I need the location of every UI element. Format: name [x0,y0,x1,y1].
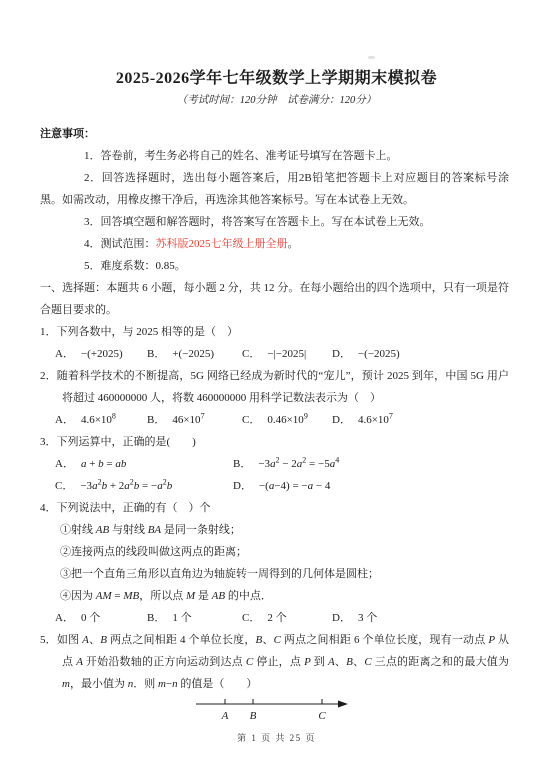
question-4-statement-1: ①射线 AB 与射线 BA 是同一条射线； [60,519,509,541]
axis-arrowhead-icon [338,701,348,708]
question-4-options: A．0 个B．1 个C．2 个D．3 个 [55,607,509,629]
option-a-value: a + b = ab [81,458,126,470]
option-b-label: B． [233,458,251,470]
option-c: C．−|−2025| [242,343,332,365]
option-b-value: −3a2 − 2a2 = −5a4 [258,458,339,470]
notice-item-4-suffix: 。 [288,238,299,250]
test-scope-highlight: 苏科版2025七年级上册全册 [156,238,288,250]
option-a-value: 0 个 [81,612,100,624]
option-a: A．0 个 [55,607,147,629]
question-3-stem: 3．下列运算中，正确的是( ) [40,431,509,453]
number-line-svg: A B C [192,695,357,723]
option-b: B．46×107 [147,409,242,431]
page-footer: 第 1 页 共 25 页 [0,731,553,744]
notice-item-4-prefix: 4．测试范围： [84,238,156,250]
option-b-label: B． [147,414,165,426]
option-c-value: 0.46×109 [267,414,307,426]
question-2-options: A．4.6×108B．46×107C．0.46×109D．4.6×107 [55,409,509,431]
notice-item-5: 5．难度系数：0.85。 [40,255,509,277]
question-3-options-row-1: A．a + b = abB．−3a2 − 2a2 = −5a4 [55,453,509,475]
option-b-label: B． [147,348,165,360]
point-label-b: B [250,710,257,722]
question-1-stem: 1．下列各数中，与 2025 相等的是（ ） [40,321,509,343]
option-d: D．4.6×107 [332,409,393,431]
option-c-label: C． [55,480,73,492]
exam-title: 2025-2026学年七年级数学上学期期末模拟卷 [0,0,553,91]
exam-body: 注意事项： 1．答卷前，考生务必将自己的姓名、准考证号填写在答题卡上。 2．回答… [0,123,553,723]
option-a: A．4.6×108 [55,409,147,431]
scan-smudge-artifact [368,56,375,59]
option-c: C．2 个 [242,607,332,629]
option-d: D．−(a−4) = −a − 4 [233,475,330,497]
section-1-heading: 一、选择题：本题共 6 小题，每小题 2 分，共 12 分。在每小题给出的四个选… [40,277,509,321]
option-a-label: A． [55,458,74,470]
option-c-value: −|−2025| [267,348,306,360]
option-c: C．−3a2b + 2a2b = −a2b [55,475,233,497]
question-2-stem: 2．随着科学技术的不断提高，5G 网络已经成为新时代的“宠儿”，预计 2025 … [40,365,509,409]
notice-item-1: 1．答卷前，考生务必将自己的姓名、准考证号填写在答题卡上。 [40,145,509,167]
question-3-options-row-2: C．−3a2b + 2a2b = −a2bD．−(a−4) = −a − 4 [55,475,509,497]
option-b-value: 46×107 [172,414,204,426]
question-4-stem: 4．下列说法中，正确的有（ ）个 [40,497,509,519]
option-d-value: 3 个 [358,612,377,624]
option-a-value: −(+2025) [81,348,123,360]
option-c-value: 2 个 [267,612,286,624]
exam-subtitle: （考试时间：120分钟 试卷满分：120分） [0,91,553,111]
option-b-value: +(−2025) [172,348,214,360]
option-b: B．+(−2025) [147,343,242,365]
question-5-stem: 5．如图 A、B 两点之间相距 4 个单位长度，B、C 两点之间相距 6 个单位… [40,629,509,695]
option-d-label: D． [332,348,351,360]
option-a-label: A． [55,414,74,426]
notice-item-3: 3．回答填空题和解答题时，将答案写在答题卡上。写在本试卷上无效。 [40,211,509,233]
option-d: D．3 个 [332,607,377,629]
option-b: B．1 个 [147,607,242,629]
option-c-label: C． [242,612,260,624]
option-d-value: −(−2025) [358,348,400,360]
notice-heading: 注意事项： [40,123,509,145]
option-b: B．−3a2 − 2a2 = −5a4 [233,453,339,475]
number-line-figure: A B C [192,695,553,723]
option-a-value: 4.6×108 [81,414,116,426]
question-4-statement-2: ②连接两点的线段叫做这两点的距离； [60,541,509,563]
option-b-label: B． [147,612,165,624]
option-d-label: D． [332,612,351,624]
notice-item-4: 4．测试范围：苏科版2025七年级上册全册。 [40,233,509,255]
point-label-a: A [221,710,229,722]
option-d-value: 4.6×107 [358,414,393,426]
point-label-c: C [318,710,326,722]
option-a-label: A． [55,348,74,360]
option-c-label: C． [242,414,260,426]
option-a: A．−(+2025) [55,343,147,365]
question-1-options: A．−(+2025)B．+(−2025)C．−|−2025|D．−(−2025) [55,343,509,365]
option-c-value: −3a2b + 2a2b = −a2b [80,480,172,492]
option-c: C．0.46×109 [242,409,332,431]
option-a-label: A． [55,612,74,624]
option-d-value: −(a−4) = −a − 4 [259,480,330,492]
question-4-statement-4: ④因为 AM = MB，所以点 M 是 AB 的中点． [60,585,509,607]
exam-paper-page: 2025-2026学年七年级数学上学期期末模拟卷 （考试时间：120分钟 试卷满… [0,0,553,782]
option-b-value: 1 个 [172,612,191,624]
option-d-label: D． [233,480,252,492]
option-d-label: D． [332,414,351,426]
question-4-statement-3: ③把一个直角三角形以直角边为轴旋转一周得到的几何体是圆柱； [60,563,509,585]
option-d: D．−(−2025) [332,343,400,365]
option-c-label: C． [242,348,260,360]
option-a: A．a + b = ab [55,453,233,475]
notice-item-2: 2．回答选择题时，选出每小题答案后，用2B铅笔把答题卡上对应题目的答案标号涂黑。… [40,167,509,211]
